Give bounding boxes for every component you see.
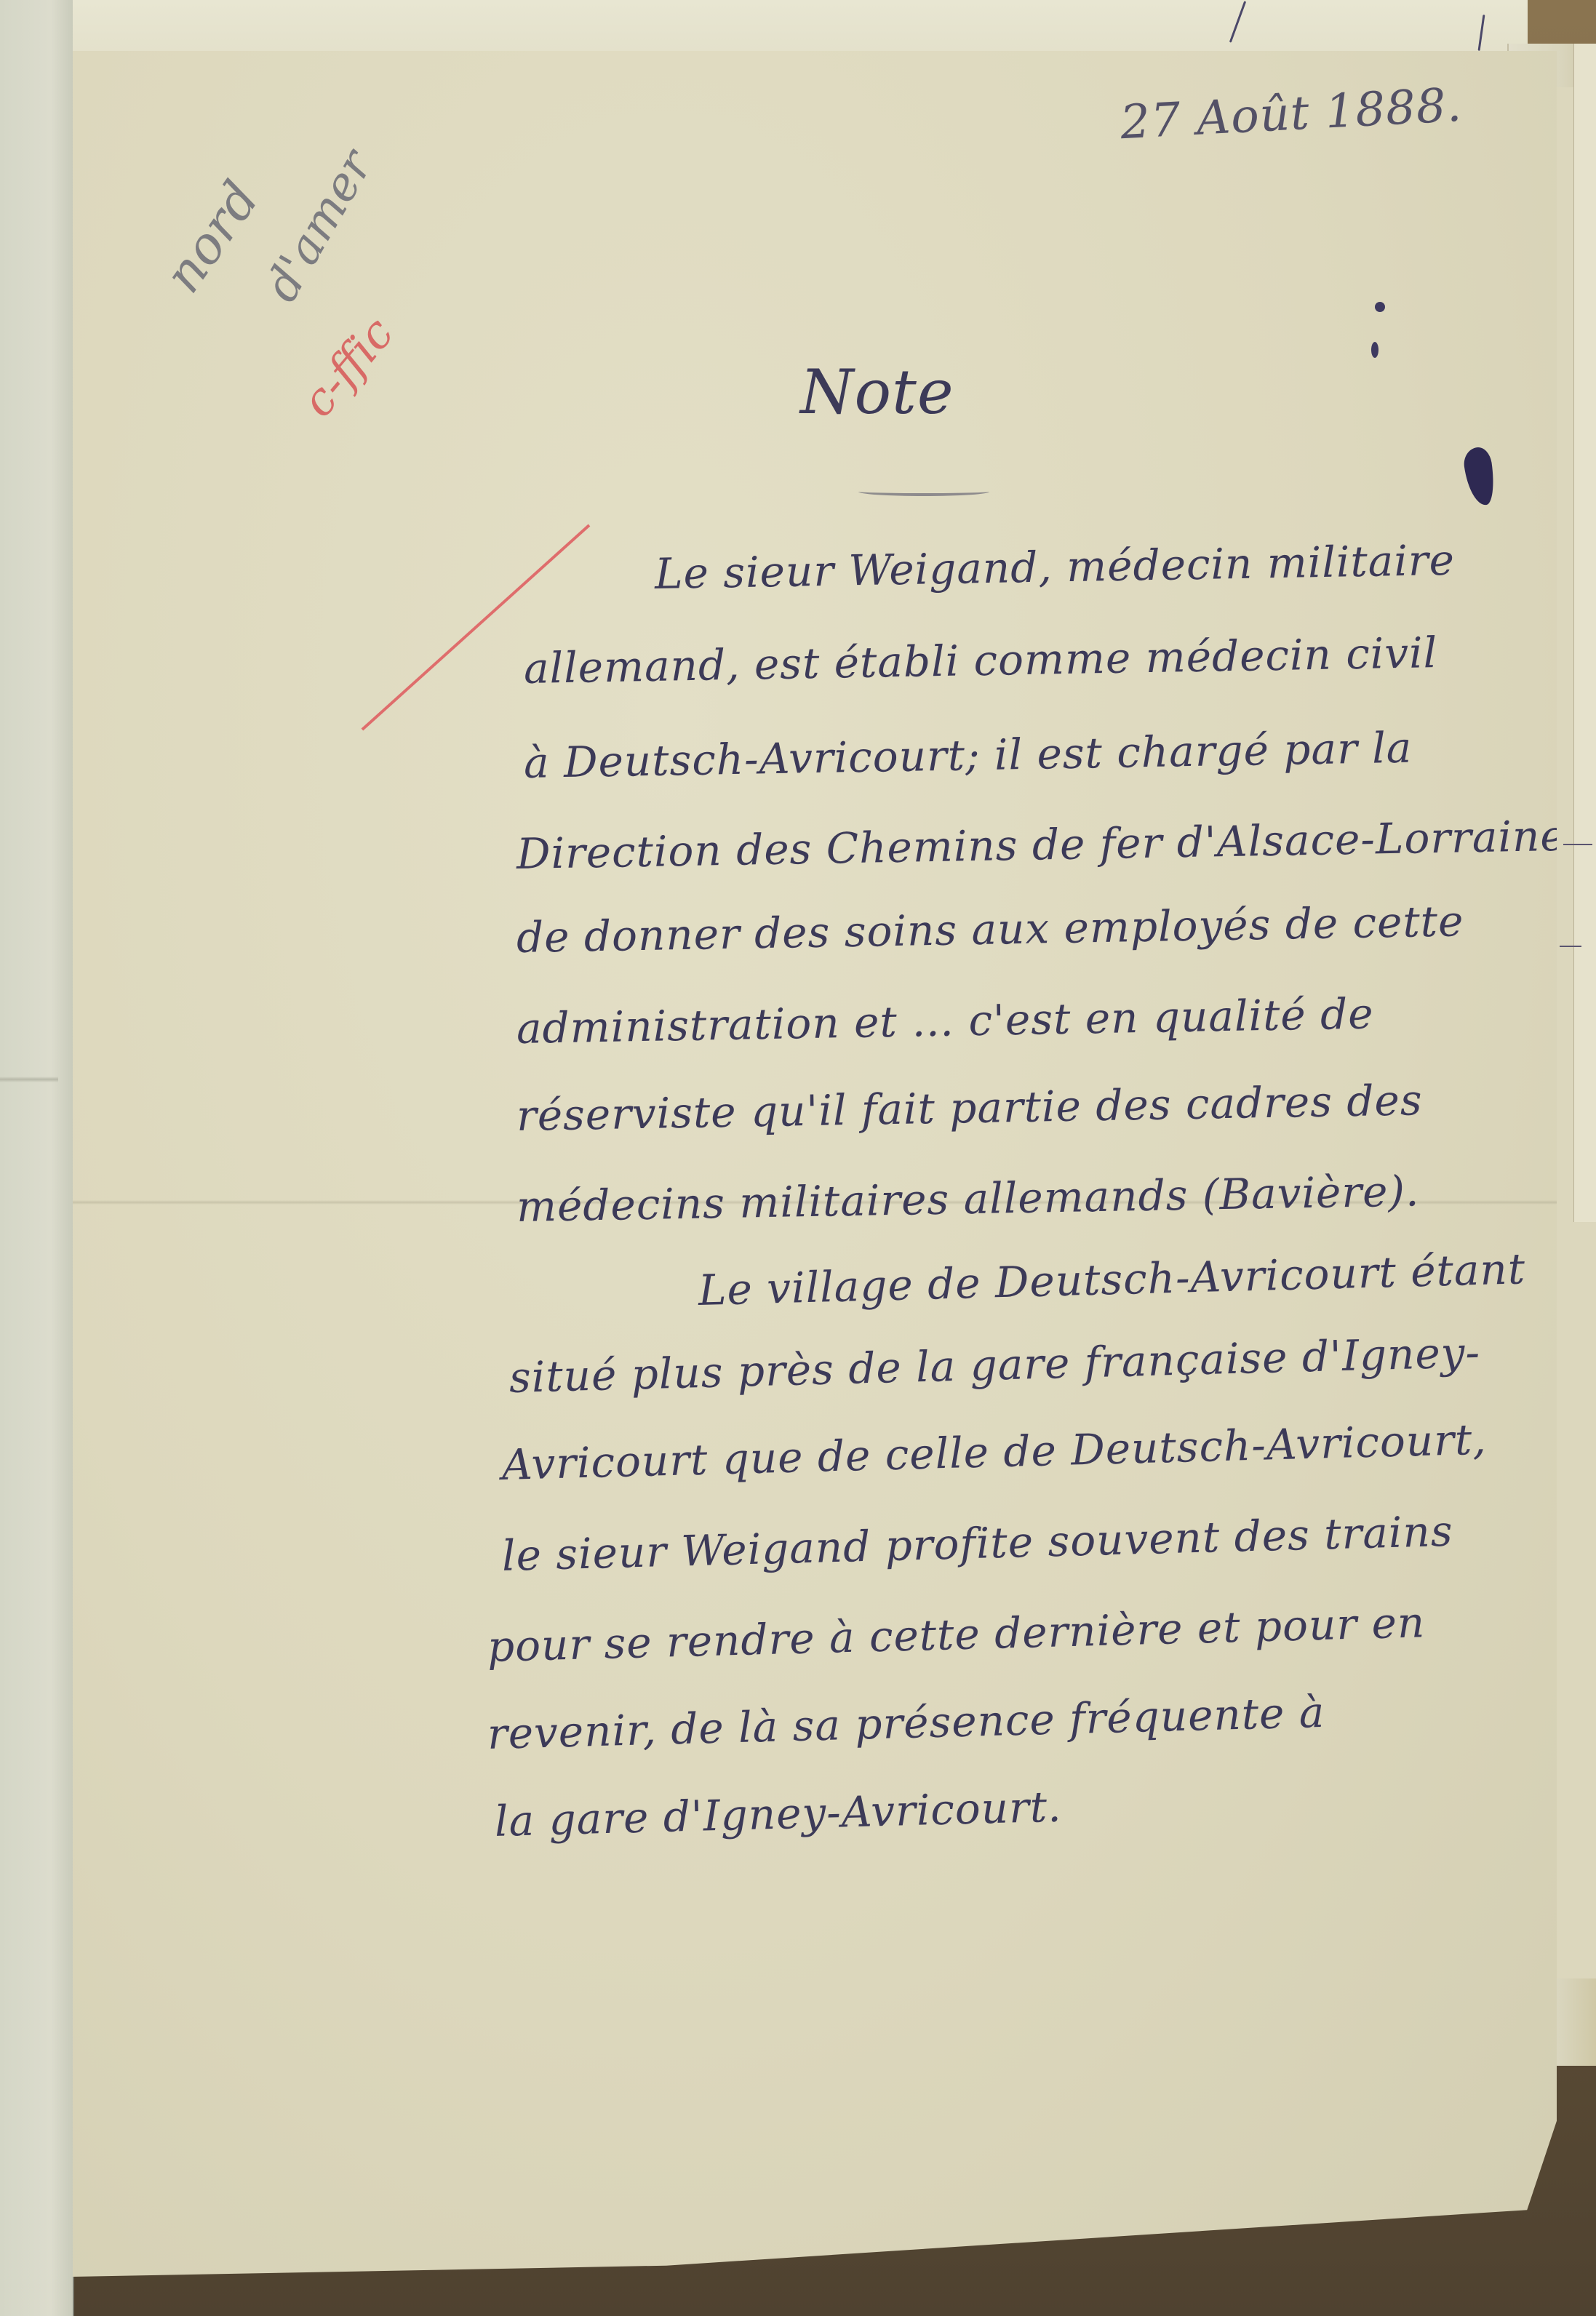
ink-stroke — [1563, 844, 1592, 845]
paragraph-1-line: à Deutsch-Avricourt; il est chargé par l… — [523, 723, 1412, 788]
folder-cover-edge — [0, 0, 74, 2316]
paper-layer — [1573, 44, 1596, 1222]
paragraph-1-line: administration et … c'est en qualité de — [516, 989, 1374, 1053]
paragraph-1-line: de donner des soins aux employés de cett… — [516, 896, 1464, 962]
red-pencil-annotation: c-ffic — [291, 307, 404, 427]
ink-blot — [1462, 446, 1498, 508]
ink-stroke — [1478, 15, 1485, 51]
paragraph-1-line: Le sieur Weigand, médecin militaire — [654, 535, 1455, 599]
ink-speck — [1375, 302, 1385, 312]
red-pencil-slash-mark — [362, 524, 591, 731]
handwritten-note-page: 27 Août 1888. nord d'amer c-ffic Note Le… — [73, 51, 1557, 2277]
ink-speck — [1371, 342, 1378, 358]
paragraph-2-line: situé plus près de la gare française d'I… — [508, 1327, 1481, 1402]
paragraph-2-line: revenir, de là sa présence fréquente à — [487, 1688, 1325, 1759]
paragraph-2-line: pour se rendre à cette dernière et pour … — [487, 1597, 1426, 1672]
paragraph-1-line: Direction des Chemins de fer d'Alsace-Lo… — [516, 811, 1566, 879]
paragraph-2-line: la gare d'Igney-Avricourt. — [494, 1782, 1062, 1846]
paragraph-1-line: médecins militaires allemands (Bavière). — [516, 1166, 1420, 1231]
paragraph-1-line: réserviste qu'il fait partie des cadres … — [516, 1075, 1423, 1141]
cover-crease — [0, 1077, 58, 1082]
title-underline — [858, 487, 989, 496]
upper-sheet-edge — [73, 0, 1528, 59]
ink-stroke — [1560, 946, 1581, 947]
document-date: 27 Août 1888. — [1119, 79, 1463, 150]
paragraph-2-line: le sieur Weigand profite souvent des tra… — [501, 1506, 1453, 1581]
ink-stroke — [1229, 1, 1246, 42]
pencil-annotation-nord: nord — [153, 170, 271, 303]
paragraph-2-line: Le village de Deutsch-Avricourt étant — [698, 1244, 1526, 1315]
note-title: Note — [800, 356, 954, 428]
paragraph-2-line: Avricourt que de celle de Deutsch-Avrico… — [501, 1415, 1487, 1490]
paragraph-1-line: allemand, est établi comme médecin civil — [523, 628, 1437, 693]
pencil-annotation-damer: d'amer — [255, 141, 383, 311]
